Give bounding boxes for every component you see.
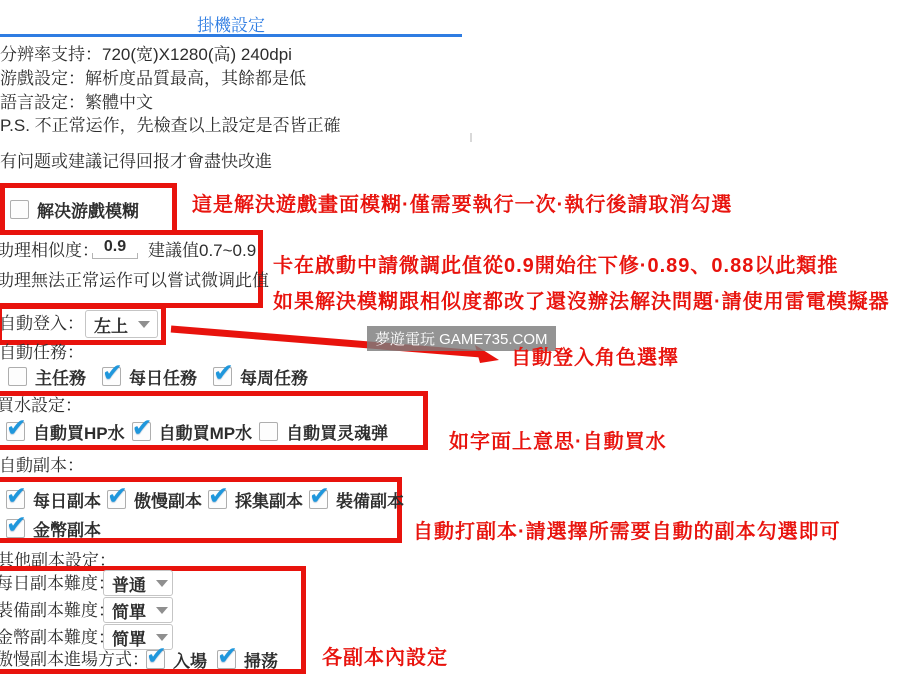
checkbox-buy-mp-box[interactable] <box>132 422 151 441</box>
checkbox-gold-dungeon-box[interactable] <box>6 519 25 538</box>
similarity-input-wrap <box>92 238 138 259</box>
checkbox-buy-hp-box[interactable] <box>6 422 25 441</box>
auto-dungeon-row-2: 金幣副本 <box>6 516 101 541</box>
checkbox-daily-quest[interactable]: 每日任務 <box>102 364 197 389</box>
annotation-auto-dungeon: 自動打副本·請選擇所需要自動的副本勾選即可 <box>413 520 841 544</box>
checkbox-equip-dungeon[interactable]: 裝備副本 <box>309 487 404 512</box>
daily-difficulty-label: 每日副本難度： <box>0 574 115 594</box>
checkbox-weekly-quest-label: 每周任務 <box>240 364 308 389</box>
checkbox-buy-soul-bullet-box[interactable] <box>259 422 278 441</box>
annotation-similarity-1: 卡在啟動中請微調此值從0.9開始往下修·0.89、0.88以此類推 <box>273 254 838 278</box>
auto-tasks-label: 自動任務： <box>0 343 84 363</box>
checkbox-weekly-quest-box[interactable] <box>213 367 232 386</box>
checkbox-gather-dungeon-label: 採集副本 <box>235 487 303 512</box>
auto-login-value: 左上 <box>94 312 128 337</box>
checkbox-buy-soul-bullet[interactable]: 自動買灵魂弹 <box>259 419 388 444</box>
stray-mark <box>470 133 472 142</box>
checkbox-enter-box[interactable] <box>146 650 165 669</box>
checkbox-sweep-label: 掃荡 <box>244 647 278 672</box>
annotation-other-dungeon: 各副本內設定 <box>322 646 448 670</box>
chevron-down-icon <box>156 634 168 641</box>
chevron-down-icon <box>156 580 168 587</box>
chevron-down-icon <box>138 321 150 328</box>
checkbox-gold-dungeon-label: 金幣副本 <box>33 516 101 541</box>
daily-difficulty-select[interactable]: 普通 <box>103 570 173 596</box>
checkbox-daily-quest-box[interactable] <box>102 367 121 386</box>
tab-hang-settings[interactable]: 掛機設定 <box>197 11 265 36</box>
auto-dungeon-row-1: 每日副本 傲慢副本 採集副本 裝備副本 <box>6 487 404 512</box>
annotation-buy-water: 如字面上意思·自動買水 <box>449 430 667 454</box>
checkbox-buy-soul-bullet-label: 自動買灵魂弹 <box>286 419 388 444</box>
checkbox-buy-mp[interactable]: 自動買MP水 <box>132 419 253 444</box>
gold-difficulty-label: 金幣副本難度： <box>0 628 115 648</box>
similarity-label: 助理相似度： <box>0 241 99 261</box>
auto-login-select[interactable]: 左上 <box>85 310 158 338</box>
info-line-ps-note: P.S. 不正常运作，先檢查以上設定是否皆正確 <box>0 116 341 136</box>
similarity-note: 助理無法正常运作可以嘗试微调此值 <box>0 271 269 291</box>
checkbox-main-quest-label: 主任務 <box>35 364 86 389</box>
checkbox-daily-dungeon-box[interactable] <box>6 490 25 509</box>
info-line-language: 語言設定：繁體中文 <box>0 93 153 113</box>
checkbox-daily-dungeon[interactable]: 每日副本 <box>6 487 101 512</box>
checkbox-buy-hp-label: 自動買HP水 <box>33 419 125 444</box>
checkbox-gather-dungeon-box[interactable] <box>208 490 227 509</box>
equip-difficulty-label: 裝備副本難度： <box>0 601 115 621</box>
checkbox-sweep-box[interactable] <box>217 650 236 669</box>
hang-settings-page: 掛機設定 分辨率支持：720(宽)X1280(高) 240dpi 游戲設定：解析… <box>0 0 909 676</box>
checkbox-main-quest-box[interactable] <box>8 367 27 386</box>
daily-difficulty-value: 普通 <box>112 571 146 596</box>
tab-underline <box>0 34 462 37</box>
auto-login-label: 自動登入： <box>0 314 84 334</box>
checkbox-fix-blur-label: 解决游戲模糊 <box>37 197 139 222</box>
annotation-fix-blur: 這是解決遊戲畫面模糊·僅需要執行一次·執行後請取消勾選 <box>192 193 732 217</box>
info-line-game-setting: 游戲設定：解析度品質最高，其餘都是低 <box>0 69 306 89</box>
auto-tasks-row: 主任務 每日任務 每周任務 <box>8 364 308 389</box>
equip-difficulty-select[interactable]: 简單 <box>103 597 173 623</box>
checkbox-pride-dungeon-label: 傲慢副本 <box>134 487 202 512</box>
checkbox-daily-quest-label: 每日任務 <box>129 364 197 389</box>
buy-water-row: 自動買HP水 自動買MP水 自動買灵魂弹 <box>6 419 388 444</box>
similarity-input[interactable] <box>92 238 138 258</box>
info-line-resolution: 分辨率支持：720(宽)X1280(高) 240dpi <box>0 45 292 65</box>
auto-dungeon-label: 自動副本： <box>0 456 84 476</box>
gold-difficulty-value: 简單 <box>112 625 146 650</box>
checkbox-pride-dungeon-box[interactable] <box>107 490 126 509</box>
checkbox-main-quest[interactable]: 主任務 <box>8 364 86 389</box>
checkbox-pride-dungeon[interactable]: 傲慢副本 <box>107 487 202 512</box>
checkbox-enter[interactable]: 入場 <box>146 647 207 672</box>
checkbox-weekly-quest[interactable]: 每周任務 <box>213 364 308 389</box>
checkbox-sweep[interactable]: 掃荡 <box>217 647 278 672</box>
checkbox-equip-dungeon-label: 裝備副本 <box>336 487 404 512</box>
checkbox-daily-dungeon-label: 每日副本 <box>33 487 101 512</box>
checkbox-enter-label: 入場 <box>173 647 207 672</box>
pride-entry-mode-row: 入場 掃荡 <box>146 647 278 672</box>
chevron-down-icon <box>156 607 168 614</box>
similarity-hint: 建議值0.7~0.9 <box>148 241 256 261</box>
pride-entry-mode-label: 傲慢副本進場方式： <box>0 650 149 670</box>
annotation-auto-login: 自動登入角色選擇 <box>511 346 679 370</box>
checkbox-fix-blur[interactable]: 解决游戲模糊 <box>10 197 139 222</box>
checkbox-equip-dungeon-box[interactable] <box>309 490 328 509</box>
checkbox-gold-dungeon[interactable]: 金幣副本 <box>6 516 101 541</box>
checkbox-fix-blur-box[interactable] <box>10 200 29 219</box>
equip-difficulty-value: 简單 <box>112 598 146 623</box>
info-line-feedback: 有问题或建議记得回报才會盡快改進 <box>0 152 272 172</box>
checkbox-buy-mp-label: 自動買MP水 <box>159 419 253 444</box>
checkbox-buy-hp[interactable]: 自動買HP水 <box>6 419 125 444</box>
annotation-similarity-2: 如果解決模糊跟相似度都改了還沒辦法解決問題·請使用雷電模擬器 <box>273 290 890 314</box>
checkbox-gather-dungeon[interactable]: 採集副本 <box>208 487 303 512</box>
